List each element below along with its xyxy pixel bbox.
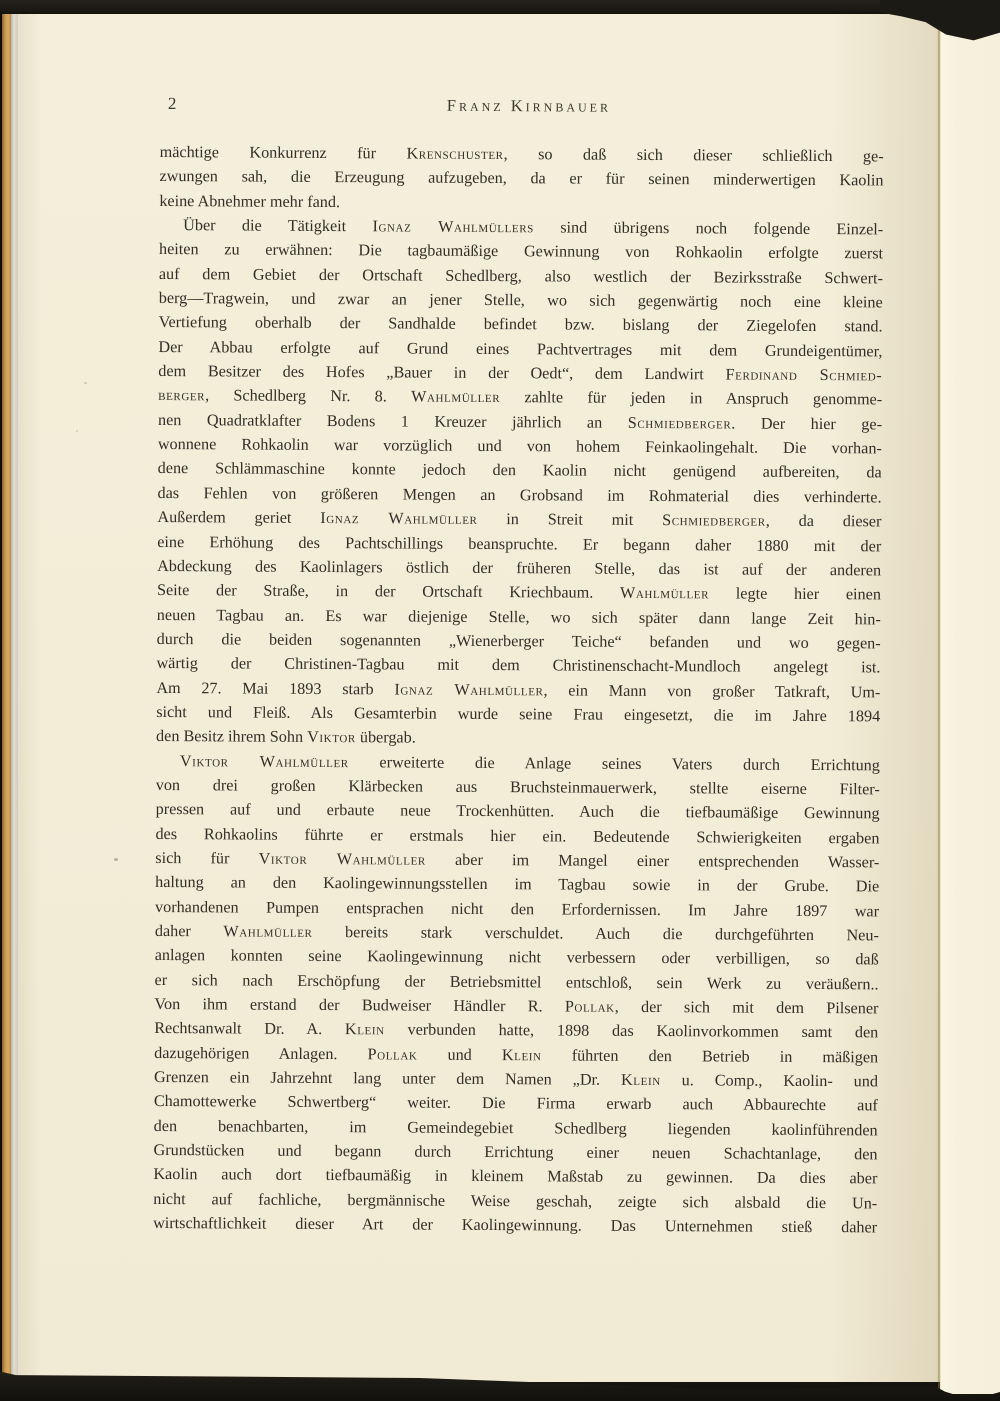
text-run: heiten zu erwähnen: Die tagbaumäßige Gew… — [159, 240, 883, 262]
text-run: übergab. — [356, 728, 416, 746]
text-run: anlagen konnten seine Kaolingewinnung ni… — [155, 946, 879, 968]
small-caps-name: Schmiedberger — [662, 511, 766, 530]
small-caps-name: Viktor — [307, 728, 356, 746]
text-run: mächtige Konkurrenz für — [160, 143, 407, 163]
text-run: dene Schlämmaschine konnte jedoch den Ka… — [158, 459, 882, 481]
small-caps-name: Ignaz Wahlmüllers — [372, 217, 534, 236]
text-run: Der Abbau erfolgte auf Grund eines Pacht… — [158, 338, 882, 360]
text-run: auf dem Gebiet der Ortschaft Schedlberg,… — [159, 265, 883, 287]
text-run: aber im Mangel einer entsprechenden Wass… — [426, 851, 880, 872]
text-run: keine Abnehmer mehr fand. — [159, 192, 340, 211]
text-run: von drei großen Klärbecken aus Bruchstei… — [156, 776, 880, 798]
page-number: 2 — [168, 94, 177, 114]
text-run: wirtschaftlichkeit dieser Art der Kaolin… — [153, 1214, 877, 1236]
text-run: Grundstücken und begann durch Errichtung… — [153, 1141, 877, 1163]
text-run: u. Comp., Kaolin- und — [661, 1071, 878, 1090]
text-run: bereits stark verschuldet. Auch die durc… — [312, 923, 878, 944]
page-content: 2 Franz Kirnbauer mächtige Konkurrenz fü… — [153, 94, 884, 1240]
small-caps-name: Ignaz Wahlmüller — [394, 680, 543, 699]
paragraph: mächtige Konkurrenz für Krenschuster, so… — [159, 140, 883, 217]
paper-speck — [114, 858, 118, 861]
adjacent-page-edge — [940, 26, 1000, 1394]
text-run: haltung an den Kaolingewinnungsstellen i… — [155, 873, 879, 895]
text-run: , der sich mit dem Pilsener — [615, 998, 879, 1018]
text-run: Über die Tätigkeit — [183, 216, 372, 235]
text-run: , ein Mann von großer Tatkraft, Um- — [543, 681, 880, 701]
text-run: Grenzen ein Jahrzehnt lang unter dem Nam… — [154, 1068, 621, 1089]
text-run: zahlte für jeden in Anspruch genomme- — [500, 389, 882, 409]
running-header: Franz Kirnbauer — [160, 94, 884, 118]
text-run: zwungen sah, die Erzeugung aufzugeben, d… — [159, 167, 883, 189]
text-run: neuen Tagbau an. Es war diejenige Stelle… — [157, 606, 881, 628]
page-header: 2 Franz Kirnbauer — [160, 94, 884, 118]
text-run: wärtig der Christinen-Tagbau mit dem Chr… — [156, 654, 880, 676]
text-run: sicht und Fleiß. Als Gesamterbin wurde s… — [156, 703, 880, 725]
text-line: Außerdem geriet Ignaz Wahlmüller in Stre… — [157, 505, 881, 534]
small-caps-name: Klein — [345, 1021, 385, 1039]
text-run: sich für — [155, 849, 258, 868]
text-run: den benachbarten, im Gemeindegebiet Sche… — [154, 1117, 878, 1139]
scanned-book-photo: 2 Franz Kirnbauer mächtige Konkurrenz fü… — [0, 0, 1000, 1401]
text-run: erweiterte die Anlage seines Vaters durc… — [349, 753, 880, 774]
text-run: , da dieser — [766, 512, 882, 531]
text-run: Vertiefung oberhalb der Sandhalde befind… — [159, 313, 883, 335]
small-caps-name: Wahlmüller — [411, 388, 500, 407]
text-block: mächtige Konkurrenz für Krenschuster, so… — [153, 140, 884, 1240]
text-run: Chamottewerke Schwertberg“ weiter. Die F… — [154, 1092, 878, 1114]
text-run: führten den Betrieb in mäßigen — [542, 1046, 879, 1066]
text-run: Abdeckung des Kaolinlagers östlich der f… — [157, 557, 881, 579]
text-run: des Rohkaolins führte er erstmals hier e… — [155, 825, 879, 847]
text-run: legte hier einen — [709, 585, 881, 604]
text-run: daher — [155, 922, 224, 940]
text-run: dazugehörigen Anlagen. — [154, 1044, 368, 1063]
small-caps-name: Ignaz Wahlmüller — [320, 509, 477, 528]
text-run: Kaolin auch dort tiefbaumäßig in kleinem… — [153, 1165, 877, 1187]
small-caps-name: Wahlmüller — [223, 922, 312, 941]
book-cover-edge — [2, 11, 11, 1380]
small-caps-name: Wahlmüller — [620, 584, 709, 603]
page-stack-edge — [11, 12, 18, 1380]
text-line: wirtschaftlichkeit dieser Art der Kaolin… — [153, 1211, 877, 1240]
text-run: wonnene Rohkaolin war vorzüglich und von… — [158, 435, 882, 457]
text-run: Seite der Straße, in der Ortschaft Kriec… — [157, 581, 620, 602]
text-run: durch die beiden sogenannten „Wienerberg… — [157, 630, 881, 652]
small-caps-name: Ferdinand Schmied- — [725, 366, 882, 385]
text-run: Am 27. Mai 1893 starb — [156, 679, 394, 698]
gutter-crease — [938, 24, 941, 1390]
small-caps-name: Klein — [621, 1071, 661, 1089]
text-run: nicht auf fachliche, bergmännische Weise… — [153, 1190, 877, 1212]
small-caps-name: Pollak — [368, 1045, 418, 1063]
small-caps-name: Viktor Wahlmüller — [180, 752, 349, 771]
paper-speck — [84, 382, 87, 384]
text-run: Rechtsanwalt Dr. A. — [154, 1019, 345, 1038]
text-run: Außerdem geriet — [157, 508, 320, 527]
text-run: . Der hier ge- — [731, 414, 882, 433]
text-run: nen Quadratklafter Bodens 1 Kreuzer jähr… — [158, 411, 628, 432]
text-run: vorhandenen Pumpen entsprachen nicht den… — [155, 898, 879, 920]
scan-background-top — [0, 0, 1000, 14]
text-run: pressen auf und erbaute neue Trockenhütt… — [156, 800, 880, 822]
small-caps-name: berger — [158, 386, 205, 404]
small-caps-name: Schmiedberger — [628, 414, 732, 433]
text-run: sind übrigens noch folgende Einzel- — [534, 218, 883, 238]
small-caps-name: Krenschuster — [406, 145, 503, 164]
text-run: eine Erhöhung des Pachtschillings beansp… — [157, 532, 881, 554]
small-caps-name: Pollak — [565, 998, 615, 1016]
text-run: berg—Tragwein, und zwar an jener Stelle,… — [159, 289, 883, 311]
paragraph: Viktor Wahlmüller erweiterte die Anlage … — [153, 749, 880, 1240]
text-run: verbunden hatte, 1898 das Kaolinvorkomme… — [385, 1021, 879, 1042]
small-caps-name: Klein — [502, 1046, 542, 1064]
text-run: er sich nach Erschöpfung der Betriebsmit… — [155, 971, 879, 993]
text-run: den Besitz ihrem Sohn — [156, 727, 307, 746]
paragraph: Über die Tätigkeit Ignaz Wahlmüllers sin… — [156, 213, 883, 753]
text-run: das Fehlen von größeren Mengen an Grobsa… — [158, 484, 882, 506]
text-run: in Streit mit — [477, 510, 662, 529]
small-caps-name: Viktor Wahlmüller — [259, 850, 426, 869]
text-run: dem Besitzer des Hofes „Bauer in der Oed… — [158, 362, 725, 383]
text-line: Seite der Straße, in der Ortschaft Kriec… — [157, 578, 881, 607]
text-run: , Schedlberg Nr. 8. — [205, 387, 411, 406]
text-run: Von ihm erstand der Budweiser Händler R. — [154, 995, 565, 1016]
text-run: und — [417, 1045, 502, 1064]
text-run: , so daß sich dieser schließlich ge- — [504, 145, 884, 165]
paper-speck — [76, 430, 78, 432]
